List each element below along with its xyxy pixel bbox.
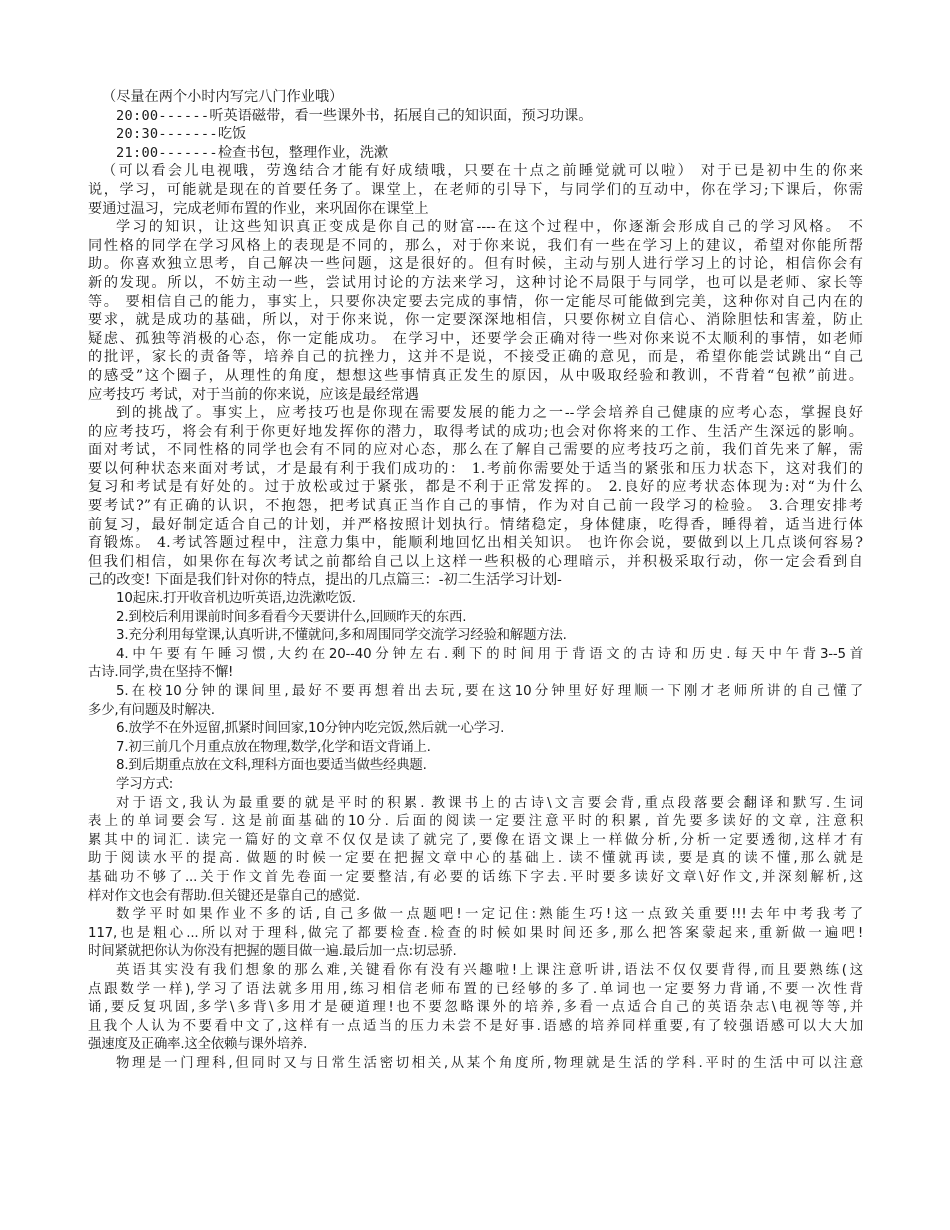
plan-item: 2.到校后利用课前时间多看看今天要讲什么,回顾昨天的东西. [88, 609, 863, 628]
body-line: 要求，就是成功的基础，所以，对于你来说，你一定要深深地相信，只要你树立自信心、消… [88, 311, 863, 330]
subject-english-line: 英语其实没有我们想象的那么难,关键看你有没有兴趣啦!上课注意听讲,语法不仅仅要背… [88, 962, 863, 981]
subject-english-line: 且我个人认为不要看中文了,这样有一点适当的压力未尝不是好事.语感的培养同样重要,… [88, 1018, 863, 1037]
subject-english-line: 诵,要反复巩固,多学\多背\多用才是硬道理!也不要忽略课外的培养,多看一点适合自… [88, 999, 863, 1018]
body-line: 疑虑、孤独等消极的心态，你一定能成功。 在学习中，还要学会正确对待一些对你来说不… [88, 330, 863, 349]
schedule-time: 21:00 [116, 145, 158, 161]
schedule-note: （尽量在两个小时内写完八门作业哦） [88, 88, 863, 107]
subject-chinese-line: 助于阅读水平的提高. 做题的时候一定要在把握文章中心的基础上. 读不懂就再读, … [88, 850, 863, 869]
plan-item: 8.到后期重点放在文科,理科方面也要适当做些经典题. [88, 757, 863, 776]
body-line: 说，学习，可能就是现在的首要任务了。课堂上，在老师的引导下，与同学们的互动中，你… [88, 181, 863, 200]
document-page: （尽量在两个小时内写完八门作业哦） 20:00------听英语磁带，看一些课外… [88, 88, 863, 1073]
body-line: 育锻炼。 4.考试答题过程中，注意力集中，能顺利地回忆出相关知识。 也许你会说，… [88, 534, 863, 553]
body-line: 己的改变! 下面是我们针对你的特点，提出的几点篇三：-初二生活学习计划- [88, 571, 863, 590]
body-line: 要考试?”有正确的认识，不抱怨，把考试真正当作自己的事情，作为对自己前一段学习的… [88, 497, 863, 516]
subject-physics-line: 物理是一门理科,但同时又与日常生活密切相关,从某个角度所,物理就是生活的学科.平… [88, 1055, 863, 1074]
study-method-heading: 学习方式: [88, 776, 863, 795]
plan-item: 4.中午要有午睡习惯,大约在20--40分钟左右.剩下的时间用于背语文的古诗和历… [88, 646, 863, 665]
schedule-time: 20:00 [116, 108, 158, 124]
subject-english-line: 点跟数学一样),学习了语法就多用用,练习相信老师布置的已经够的多了.单词也一定要… [88, 981, 863, 1000]
body-line: 要以何种状态来面对考试，才是最有利于我们成功的： 1.考前你需要处于适当的紧张和… [88, 460, 863, 479]
plan-item: 6.放学不在外逗留,抓紧时间回家,10分钟内吃完饭,然后就一心学习. [88, 720, 863, 739]
schedule-row: 20:00------听英语磁带，看一些课外书，拓展自己的知识面，预习功课。 [88, 107, 863, 126]
plan-item: 5.在校10分钟的课间里,最好不要再想着出去玩,要在这10分钟里好好理顺一下刚才… [88, 683, 863, 702]
plan-item-continued: 多少,有问题及时解决. [88, 702, 863, 721]
body-line: 复习和考试是有好处的。过于放松或过于紧张，都是不利于正常发挥的。 2.良好的应考… [88, 478, 863, 497]
body-line: 到的挑战了。事实上，应考技巧也是你现在需要发展的能力之一--学会培养自己健康的应… [88, 404, 863, 423]
body-line: 新的发现。所以，不妨主动一些，尝试用讨论的方法来学习，这种讨论不局限于与同学，也… [88, 274, 863, 293]
subject-math-line: 117,也是粗心...所以对于理科,做完了都要检查.检查的时候如果时间还多,那么… [88, 925, 863, 944]
schedule-task: 听英语磁带，看一些课外书，拓展自己的知识面，预习功课。 [209, 108, 592, 124]
schedule-dashes: ------- [158, 126, 217, 142]
body-line: 学习的知识，让这些知识真正变成是你自己的财富----在这个过程中，你逐渐会形成自… [88, 218, 863, 237]
body-line: 面对考试，不同性格的同学也会有不同的应对心态，那么在了解自己需要的应考技巧之前，… [88, 441, 863, 460]
body-line: 助。你喜欢独立思考，自己解决一些问题，这是很好的。但有时候，主动与别人进行学习上… [88, 255, 863, 274]
subject-chinese-line: 表上的单词要会写. 这是前面基础的10分. 后面的阅读一定要注意平时的积累, 首… [88, 813, 863, 832]
schedule-row: 20:30-------吃饭 [88, 125, 863, 144]
subject-math-line: 时间紧就把你认为你没有把握的题目做一遍.最后加一点:切忌骄. [88, 943, 863, 962]
schedule-task: 吃饭 [218, 126, 246, 142]
body-line: （可以看会儿电视哦，劳逸结合才能有好成绩哦，只要在十点之前睡觉就可以啦） 对于已… [88, 162, 863, 181]
body-line: 同性格的同学在学习风格上的表现是不同的，那么，对于你来说，我们有一些在学习上的建… [88, 237, 863, 256]
plan-item: 3.充分利用每堂课,认真听讲,不懂就问,多和周围同学交流学习经验和解题方法. [88, 627, 863, 646]
schedule-task: 检查书包，整理作业，洗漱 [218, 145, 388, 161]
schedule-dashes: ------- [158, 145, 217, 161]
schedule-row: 21:00-------检查书包，整理作业，洗漱 [88, 144, 863, 163]
body-line: 的感受”这个圈子，从理性的角度，想想这些事情真正发生的原因，从中吸取经验和教训，… [88, 367, 863, 386]
body-line: 的批评，家长的责备等，培养自己的抗挫力，这并不是说，不接受正确的意见，而是，希望… [88, 348, 863, 367]
body-line: 前复习，最好制定适合自己的计划，并严格按照计划执行。情绪稳定，身体健康，吃得香，… [88, 516, 863, 535]
schedule-time: 20:30 [116, 126, 158, 142]
body-line: 但我们相信，如果你在每次考试之前都给自己以上这样一些积极的心理暗示，并积极采取行… [88, 553, 863, 572]
schedule-dashes: ------ [158, 108, 209, 124]
plan-item: 7.初三前几个月重点放在物理,数学,化学和语文背诵上. [88, 739, 863, 758]
subject-chinese-line: 样对作文也会有帮助.但关键还是靠自己的感觉. [88, 888, 863, 907]
section-heading-exam-skills: 应考技巧 考试，对于当前的你来说，应该是最经常遇 [88, 386, 863, 405]
plan-item-continued: 古诗.同学,贵在坚持不懈! [88, 664, 863, 683]
subject-english-line: 强速度及正确率.这全依赖与课外培养. [88, 1036, 863, 1055]
subject-chinese-line: 累其中的词汇. 读完一篇好的文章不仅仅是读了就完了,要像在语文课上一样做分析,分… [88, 832, 863, 851]
subject-chinese-line: 对于语文,我认为最重要的就是平时的积累. 教课书上的古诗\文言要会背,重点段落要… [88, 795, 863, 814]
body-line: 要通过温习，完成老师布置的作业，来巩固你在课堂上 [88, 200, 863, 219]
body-line: 的应考技巧，将会有利于你更好地发挥你的潜力，取得考试的成功;也会对你将来的工作、… [88, 423, 863, 442]
body-line: 等。 要相信自己的能力，事实上，只要你决定要去完成的事情，你一定能尽可能做到完美… [88, 293, 863, 312]
subject-chinese-line: 基础功不够了...关于作文首先卷面一定要整洁,有必要的话练下字去.平时要多读好文… [88, 869, 863, 888]
plan-item: 10起床.打开收音机边听英语,边洗漱吃饭. [88, 590, 863, 609]
subject-math-line: 数学平时如果作业不多的话,自己多做一点题吧!一定记住:熟能生巧!这一点致关重要!… [88, 906, 863, 925]
